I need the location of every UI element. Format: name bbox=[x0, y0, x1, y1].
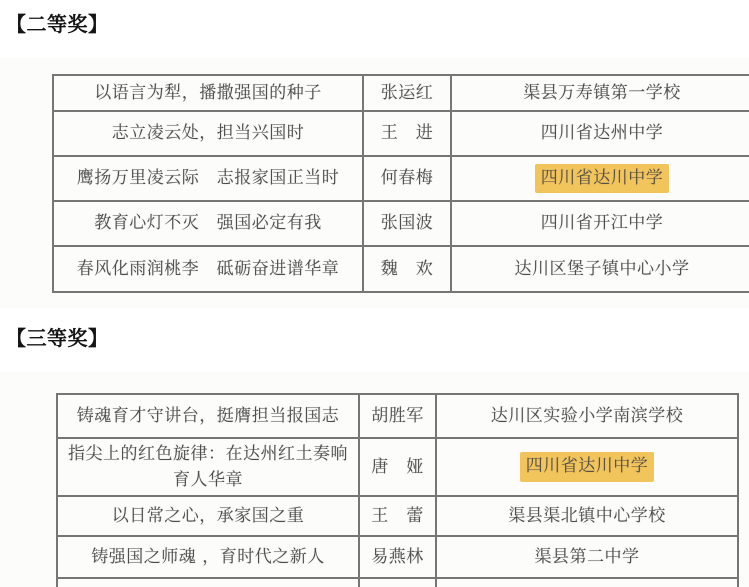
table-row: 鹰扬万里凌云际 志报家国正当时何春梅四川省达川中学 bbox=[54, 157, 749, 202]
work-title-cell: 鹰扬万里凌云际 志报家国正当时 bbox=[54, 157, 364, 200]
table-row: 志立凌云处，担当兴国时王 进四川省达州中学 bbox=[54, 112, 749, 157]
work-title-cell bbox=[58, 579, 360, 587]
author-name-cell: 易燕林 bbox=[360, 537, 437, 577]
work-title-cell: 春风化雨润桃李 砥砺奋进谱华章 bbox=[54, 247, 364, 291]
author-name-cell: 魏 欢 bbox=[364, 247, 452, 291]
name-text: 易燕林 bbox=[371, 544, 424, 570]
name-text: 张国波 bbox=[381, 210, 434, 236]
table-row: 以日常之心，承家国之重王 蕾渠县渠北镇中心学校 bbox=[58, 497, 737, 537]
table-row bbox=[58, 579, 737, 587]
title-text: 以日常之心，承家国之重 bbox=[112, 503, 305, 529]
school-cell: 达川区堡子镇中心小学 bbox=[452, 247, 749, 291]
work-title-cell: 志立凌云处，担当兴国时 bbox=[54, 112, 364, 155]
name-text: 王 进 bbox=[381, 120, 434, 146]
table-row: 春风化雨润桃李 砥砺奋进谱华章魏 欢达川区堡子镇中心小学 bbox=[54, 247, 749, 293]
title-text: 志立凌云处，担当兴国时 bbox=[112, 120, 305, 146]
school-text: 四川省开江中学 bbox=[541, 210, 664, 236]
work-title-cell: 以日常之心，承家国之重 bbox=[58, 497, 360, 535]
name-text: 张运红 bbox=[381, 80, 434, 106]
work-title-cell: 铸强国之师魂 ，育时代之新人 bbox=[58, 537, 360, 577]
second-prize-table: 以语言为犁，播撒强国的种子张运红渠县万寿镇第一学校志立凌云处，担当兴国时王 进四… bbox=[52, 74, 749, 293]
title-text: 指尖上的红色旋律：在达州红土奏响育人华章 bbox=[67, 441, 349, 494]
school-cell bbox=[437, 579, 737, 587]
school-text: 渠县万寿镇第一学校 bbox=[523, 80, 681, 106]
title-text: 教育心灯不灭 强国必定有我 bbox=[94, 210, 322, 236]
school-cell: 渠县万寿镇第一学校 bbox=[452, 76, 749, 110]
table-row: 铸魂育才守讲台，挺膺担当报国志胡胜军达川区实验小学南滨学校 bbox=[58, 395, 737, 439]
name-text: 魏 欢 bbox=[381, 256, 434, 282]
author-name-cell bbox=[360, 579, 437, 587]
work-title-cell: 以语言为犁，播撒强国的种子 bbox=[54, 76, 364, 110]
name-text: 唐 娅 bbox=[371, 454, 424, 480]
highlighted-school-text: 四川省达川中学 bbox=[535, 164, 670, 193]
work-title-cell: 教育心灯不灭 强国必定有我 bbox=[54, 202, 364, 245]
school-cell: 达川区实验小学南滨学校 bbox=[437, 395, 737, 437]
table-row: 教育心灯不灭 强国必定有我张国波四川省开江中学 bbox=[54, 202, 749, 247]
work-title-cell: 指尖上的红色旋律：在达州红土奏响育人华章 bbox=[58, 439, 360, 495]
school-cell: 四川省开江中学 bbox=[452, 202, 749, 245]
title-text: 春风化雨润桃李 砥砺奋进谱华章 bbox=[77, 256, 340, 282]
school-cell: 渠县第二中学 bbox=[437, 537, 737, 577]
work-title-cell: 铸魂育才守讲台，挺膺担当报国志 bbox=[58, 395, 360, 437]
title-text: 以语言为犁，播撒强国的种子 bbox=[94, 80, 322, 106]
school-text: 达川区堡子镇中心小学 bbox=[515, 256, 690, 282]
school-text: 渠县渠北镇中心学校 bbox=[508, 503, 666, 529]
author-name-cell: 何春梅 bbox=[364, 157, 452, 200]
school-cell: 四川省达州中学 bbox=[452, 112, 749, 155]
title-text: 铸强国之师魂 ，育时代之新人 bbox=[91, 544, 324, 570]
author-name-cell: 唐 娅 bbox=[360, 439, 437, 495]
school-cell: 四川省达川中学 bbox=[437, 439, 737, 495]
table-row: 以语言为犁，播撒强国的种子张运红渠县万寿镇第一学校 bbox=[54, 76, 749, 112]
third-prize-heading: 【三等奖】 bbox=[6, 322, 109, 351]
title-text: 铸魂育才守讲台，挺膺担当报国志 bbox=[77, 403, 340, 429]
school-text: 达川区实验小学南滨学校 bbox=[491, 403, 684, 429]
table-row: 铸强国之师魂 ，育时代之新人易燕林渠县第二中学 bbox=[58, 537, 737, 579]
author-name-cell: 胡胜军 bbox=[360, 395, 437, 437]
school-text: 四川省达州中学 bbox=[541, 120, 664, 146]
school-text: 渠县第二中学 bbox=[535, 544, 640, 570]
name-text: 王 蕾 bbox=[371, 503, 424, 529]
third-prize-table: 铸魂育才守讲台，挺膺担当报国志胡胜军达川区实验小学南滨学校指尖上的红色旋律：在达… bbox=[56, 393, 739, 587]
school-cell: 四川省达川中学 bbox=[452, 157, 749, 200]
title-text: 鹰扬万里凌云际 志报家国正当时 bbox=[77, 165, 340, 191]
name-text: 何春梅 bbox=[381, 165, 434, 191]
author-name-cell: 王 蕾 bbox=[360, 497, 437, 535]
highlighted-school-text: 四川省达川中学 bbox=[520, 452, 655, 481]
name-text: 胡胜军 bbox=[371, 403, 424, 429]
table-row: 指尖上的红色旋律：在达州红土奏响育人华章唐 娅四川省达川中学 bbox=[58, 439, 737, 497]
author-name-cell: 张国波 bbox=[364, 202, 452, 245]
second-prize-heading: 【二等奖】 bbox=[6, 8, 109, 37]
school-cell: 渠县渠北镇中心学校 bbox=[437, 497, 737, 535]
author-name-cell: 王 进 bbox=[364, 112, 452, 155]
author-name-cell: 张运红 bbox=[364, 76, 452, 110]
